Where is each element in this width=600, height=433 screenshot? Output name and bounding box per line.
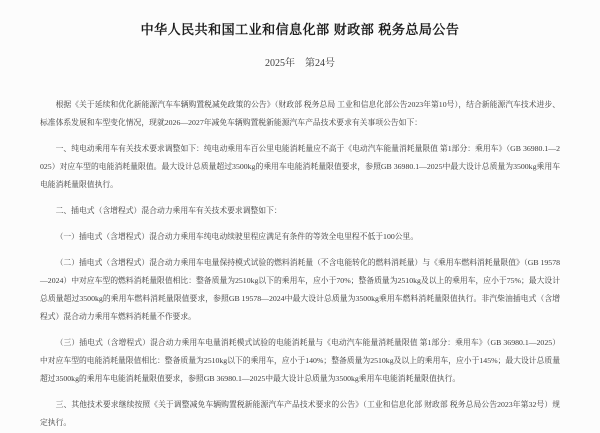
section-2-item-2-fuel-consumption: （二）插电式（含增程式）混合动力乘用车电量保持模式试验的燃料消耗量（不含电能转化…: [40, 254, 560, 326]
announcement-page: 中华人民共和国工业和信息化部 财政部 税务总局公告 2025年 第24号 根据《…: [0, 0, 600, 433]
document-body: 根据《关于延续和优化新能源汽车车辆购置税减免政策的公告》（财政部 税务总局 工业…: [40, 96, 560, 432]
section-1-bev-requirements: 一、纯电动乘用车有关技术要求调整如下：纯电动乘用车百公里电能消耗量应不高于《电动…: [40, 140, 560, 194]
document-title: 中华人民共和国工业和信息化部 财政部 税务总局公告: [40, 22, 560, 38]
section-2-item-1-electric-range: （一）插电式（含增程式）混合动力乘用车纯电动续驶里程应满足有条件的等效全电里程不…: [40, 228, 560, 246]
section-3-other-requirements: 三、其他技术要求继续按照《关于调整减免车辆购置税新能源汽车产品技术要求的公告》（…: [40, 396, 560, 432]
section-2-item-3-energy-consumption: （三）插电式（含增程式）混合动力乘用车电量消耗模式试验的电能消耗量与《电动汽车能…: [40, 334, 560, 388]
issue-number-line: 2025年 第24号: [40, 58, 560, 70]
paragraph-intro: 根据《关于延续和优化新能源汽车车辆购置税减免政策的公告》（财政部 税务总局 工业…: [40, 96, 560, 132]
section-2-phev-heading: 二、插电式（含增程式）混合动力乘用车有关技术要求调整如下：: [40, 202, 560, 220]
